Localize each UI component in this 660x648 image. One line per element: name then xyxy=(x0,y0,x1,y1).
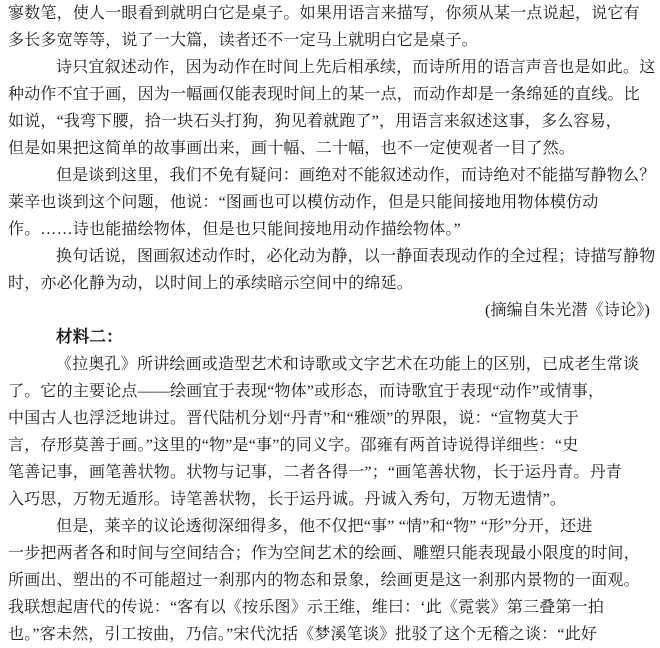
document-page: 寥数笔，使人一眼看到就明白它是桌子。如果用语言来描写，你须从某一点说起，说它有 … xyxy=(0,0,660,648)
text-line: 但是如果把这简单的故事画出来，画十幅、二十幅，也不一定使观者一目了然。 xyxy=(8,135,656,162)
text-line: 但是谈到这里，我们不免有疑问：画绝对不能叙述动作，而诗绝对不能描写静物么？ xyxy=(8,162,656,189)
text-line: 种动作不宜于画，因为一幅画仅能表现时间上的某一点，而动作却是一条绵延的直线。比 xyxy=(8,81,656,108)
text-line: 如说，“我弯下腰，拾一块石头打狗，狗见着就跑了”，用语言来叙述这事，多么容易， xyxy=(8,108,656,135)
text-line: 多长多宽等等，说了一大篇，读者还不一定马上就明白它是桌子。 xyxy=(8,27,656,54)
text-line: 换句话说，图画叙述动作时，必化动为静，以一静面表现动作的全过程；诗描写静物 xyxy=(8,243,656,270)
text-line: 莱辛也谈到这个问题，他说：“图画也可以模仿动作，但是只能间接地用物体模仿动 xyxy=(8,189,656,216)
text-line: 寥数笔，使人一眼看到就明白它是桌子。如果用语言来描写，你须从某一点说起，说它有 xyxy=(8,0,656,27)
text-line: 时，亦必化静为动，以时间上的承续暗示空间中的绵延。 xyxy=(8,270,656,297)
text-line: 所画出、塑出的不可能超过一刹那内的物态和景象，绘画更是这一刹那内景物的一面观。 xyxy=(8,567,656,594)
text-line: 诗只宜叙述动作，因为动作在时间上先后相承续，而诗所用的语言声音也是如此。这 xyxy=(8,54,656,81)
text-line: 了。它的主要论点——绘画宜于表现“物体”或形态，而诗歌宜于表现“动作”或情事， xyxy=(8,378,656,405)
text-line: 言，存形莫善于画。”这里的“物”是“事”的同义字。邵雍有两首诗说得详细些：“史 xyxy=(8,432,656,459)
text-line: 笔善记事，画笔善状物。状物与记事，二者各得一”；“画笔善状物，长于运丹青。丹青 xyxy=(8,459,656,486)
text-line: 《拉奥孔》所讲绘画或造型艺术和诗歌或文字艺术在功能上的区别，已成老生常谈 xyxy=(8,351,656,378)
text-line: 也。”客未然，引工按曲，乃信。”宋代沈括《梦溪笔谈》批驳了这个无稽之谈：“此好 xyxy=(8,621,656,648)
text-line: 一步把两者各和时间与空间结合；作为空间艺术的绘画、雕塑只能表现最小限度的时间， xyxy=(8,540,656,567)
attribution-line: (摘编自朱光潜《诗论》) xyxy=(8,297,656,324)
text-line: 中国古人也浮泛地讲过。晋代陆机分划“丹青”和“雅颂”的界限，说：“宣物莫大于 xyxy=(8,405,656,432)
material-2-heading: 材料二： xyxy=(8,324,656,351)
text-line: 但是，莱辛的议论透彻深细得多，他不仅把“事” “情”和“物” “形”分开，还进 xyxy=(8,513,656,540)
text-line: 我联想起唐代的传说：“客有以《按乐图》示王维，维曰：‘此《霓裳》第三叠第一拍 xyxy=(8,594,656,621)
text-line: 作。……诗也能描绘物体，但是也只能间接地用动作描绘物体。” xyxy=(8,216,656,243)
text-line: 入巧思，万物无遁形。诗笔善状物，长于运丹诚。丹诚入秀句，万物无遗情”。 xyxy=(8,486,656,513)
